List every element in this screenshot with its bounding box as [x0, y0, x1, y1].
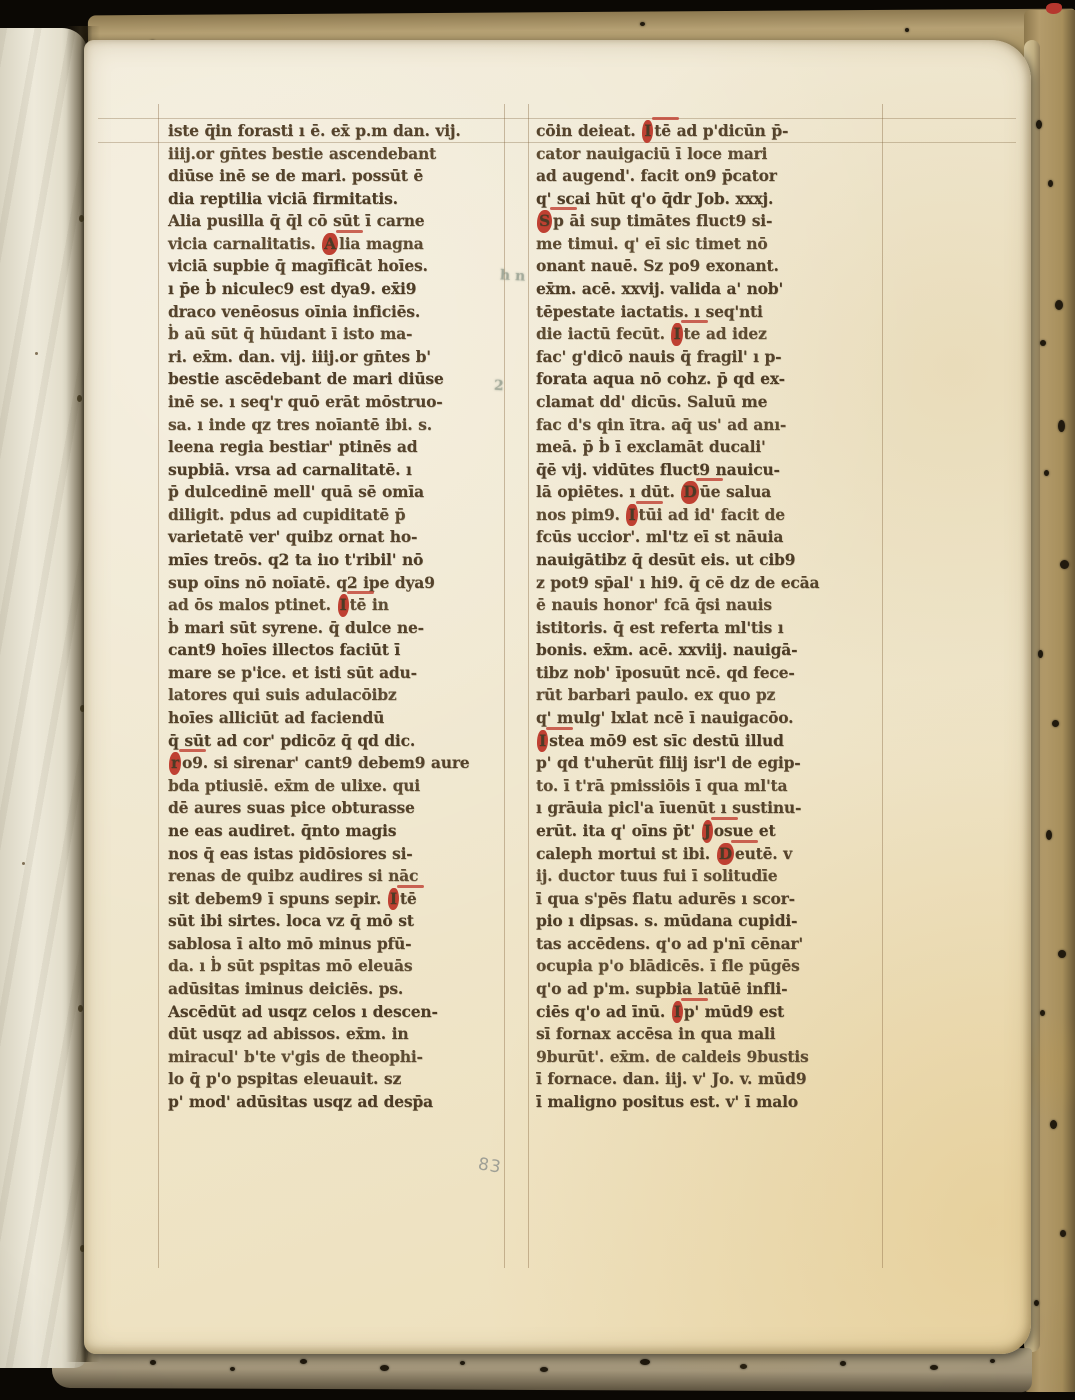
- wormhole: [1044, 470, 1049, 476]
- text-line: ex̄m. acē. xxvij. valida a' nob': [536, 278, 882, 301]
- manuscript-scan: { "manuscript": { "folio_number": "83", …: [0, 0, 1075, 1400]
- ruling-line-vertical: [528, 104, 529, 1268]
- text-line: draco venēosus oīnia inficiēs.: [168, 301, 504, 324]
- text-line: ij. ductor tuus fui ī solitudīe: [536, 865, 882, 888]
- text-line: tibz nob' īposuūt ncē. qd fece-: [536, 662, 882, 685]
- text-line: ciēs q'o ad īnū. Ip' mūd9 est: [536, 1001, 882, 1024]
- text-line: ad augend'. facit on9 p̄cator: [536, 165, 882, 188]
- wormhole: [1052, 720, 1059, 727]
- rubricated-initial: I: [671, 323, 682, 346]
- text-line: ḃ aū sūt q̄ hūıdant ī isto ma-: [168, 323, 504, 346]
- text-line: sa. ı inde qz tres noīantē ibi. s.: [168, 414, 504, 437]
- text-line: miracul' b'te v'gis de theophi-: [168, 1046, 504, 1069]
- speck-mark: [35, 352, 38, 355]
- text-line: Istea mō9 est sīc destū illud: [536, 730, 882, 753]
- text-line: lo q̄ p'o pspitas eleuauit. sz: [168, 1068, 504, 1091]
- rubricated-initial: I: [672, 1001, 683, 1024]
- sewing-dot: [78, 1005, 83, 1012]
- text-line: leena regia bestiar' ptinēs ad: [168, 436, 504, 459]
- text-line: 9burūt'. ex̄m. de caldeis 9bustis: [536, 1046, 882, 1069]
- text-line: da. ı ḃ sūt pspitas mō eleuās: [168, 955, 504, 978]
- text-line: fac d's qin ītra. aq̄ us' ad anı-: [536, 414, 882, 437]
- text-line: bestie ascēdebant de mari diūse: [168, 368, 504, 391]
- rubricated-initial: I: [642, 120, 653, 143]
- ruling-line-vertical: [882, 104, 883, 1268]
- text-line: ri. ex̄m. dan. vij. iiij.or gn̄tes b': [168, 346, 504, 369]
- manuscript-page: iste q̄in forasti ı ē. ex̄ p.m dan. vij.…: [84, 40, 1031, 1354]
- wormhole: [905, 28, 909, 32]
- wormhole: [1034, 1300, 1039, 1306]
- wormhole: [1046, 830, 1052, 840]
- ruling-line-horizontal: [98, 118, 1016, 119]
- wormhole: [1060, 560, 1069, 569]
- rubricated-initial: I: [338, 594, 349, 617]
- wormhole: [1040, 340, 1046, 346]
- text-line: iiij.or gn̄tes bestie ascendebant: [168, 143, 504, 166]
- text-line: ocupia p'o blādicēs. ī fle pūgēs: [536, 955, 882, 978]
- text-line: supbiā. vrsa ad carnalitatē. ı: [168, 459, 504, 482]
- text-line: tas accēdens. q'o ad p'nī cēnar': [536, 933, 882, 956]
- text-line: sūt ibi sirtes. loca vz q̄ mō st: [168, 910, 504, 933]
- text-line: p' mod' adūsitas usqz ad desp̄a: [168, 1091, 504, 1114]
- wormhole: [1055, 300, 1063, 310]
- text-column-right: cōin deieat. Itē ad p'dicūn p̄-cator nau…: [536, 120, 882, 1113]
- text-line: ad ōs malos ptinet. Itē in: [168, 594, 504, 617]
- text-line: iste q̄in forasti ı ē. ex̄ p.m dan. vij.: [168, 120, 504, 143]
- text-line: erūt. ita q' oīns p̄t' Josue et: [536, 820, 882, 843]
- text-line: ne eas audiret. q̄nto magis: [168, 820, 504, 843]
- rubricated-initial: D: [717, 843, 734, 866]
- wormhole: [930, 1365, 938, 1370]
- text-line: sablosa ī alto mō minus pfū-: [168, 933, 504, 956]
- text-line: dē aures suas pice obturasse: [168, 797, 504, 820]
- text-line: q' mulg' lxlat ncē ī nauigacōo.: [536, 707, 882, 730]
- text-line: ī maligno positus est. v' ī malo: [536, 1091, 882, 1114]
- text-line: fac' g'dicō nauis q̄ fragil' ı p-: [536, 346, 882, 369]
- text-line: nauigātibz q̄ desūt eis. ut cib9: [536, 549, 882, 572]
- wormhole: [1058, 420, 1065, 432]
- text-line: viciā supbie q̄ magīficāt hoīes.: [168, 255, 504, 278]
- text-line: ī fornace. dan. iij. v' Jo. v. mūd9: [536, 1068, 882, 1091]
- text-line: cator nauigaciū ī loce mari: [536, 143, 882, 166]
- text-line: cōin deieat. Itē ad p'dicūn p̄-: [536, 120, 882, 143]
- text-line: latores qui suis adulacōibz: [168, 684, 504, 707]
- text-line: mare se p'ice. et isti sūt adu-: [168, 662, 504, 685]
- show-through-marks: h n: [500, 267, 526, 284]
- wormhole: [230, 1367, 235, 1371]
- text-line: diligit. pdus ad cupiditatē p̄: [168, 504, 504, 527]
- text-line: diūse inē se de mari. possūt ē: [168, 165, 504, 188]
- wormhole: [1036, 120, 1042, 129]
- text-line: dūt usqz ad abissos. ex̄m. in: [168, 1023, 504, 1046]
- text-line: sī fornax accēsa in qua mali: [536, 1023, 882, 1046]
- text-line: me timui. q' eī sic timet nō: [536, 233, 882, 256]
- text-line: vicia carnalitatis. Alia magna: [168, 233, 504, 256]
- folio-number-pencil: 83: [477, 1154, 503, 1177]
- text-line: clamat dd' dicūs. Saluū me: [536, 391, 882, 414]
- text-line: inē se. ı seq'r quō erāt mōstruo-: [168, 391, 504, 414]
- text-line: sit debem9 ī spuns sepir. Itē: [168, 888, 504, 911]
- text-line: ı p̄e ḃ niculec9 est dya9. ex̄i9: [168, 278, 504, 301]
- text-column-left: iste q̄in forasti ı ē. ex̄ p.m dan. vij.…: [168, 120, 504, 1113]
- rubricated-initial: A: [322, 233, 338, 256]
- text-line: bonis. ex̄m. acē. xxviij. nauigā-: [536, 639, 882, 662]
- text-line: q' scai hūt q'o q̄dr Job. xxxj.: [536, 188, 882, 211]
- wormhole: [300, 1359, 307, 1364]
- text-line: forata aqua nō cohz. p̄ qd ex-: [536, 368, 882, 391]
- text-line: hoīes alliciūt ad faciendū: [168, 707, 504, 730]
- wormhole: [1038, 650, 1043, 658]
- text-line: ī qua s'pēs flatu adurēs ı scor-: [536, 888, 882, 911]
- rubricated-initial: S: [537, 210, 552, 233]
- wormhole: [1058, 950, 1066, 958]
- text-line: nos pim9. Itūi ad id' facit de: [536, 504, 882, 527]
- text-line: Sp āi sup timātes fluct9 si-: [536, 210, 882, 233]
- text-line: bda ptiusiē. ex̄m de ulixe. qui: [168, 775, 504, 798]
- text-line: cant9 hoīes illectos faciūt ī: [168, 639, 504, 662]
- text-line: pio ı dipsas. s. mūdana cupidi-: [536, 910, 882, 933]
- wormhole: [460, 1361, 465, 1365]
- text-line: tēpestate iactatis. ı seq'nti: [536, 301, 882, 324]
- wormhole: [1060, 1230, 1066, 1237]
- text-line: to. ī t'rā pmissiōis ī qua ml'ta: [536, 775, 882, 798]
- text-line: p̄ dulcedinē mell' quā sē omīa: [168, 481, 504, 504]
- text-line: mīes treōs. q2 ta iıo t'ribil' nō: [168, 549, 504, 572]
- text-line: Ascēdūt ad usqz celos ı descen-: [168, 1001, 504, 1024]
- text-line: onant nauē. Sz po9 exonant.: [536, 255, 882, 278]
- rubricated-initial: I: [537, 730, 548, 753]
- wormhole: [990, 1359, 995, 1363]
- text-line: nos q̄ eas istas pidōsiores si-: [168, 843, 504, 866]
- speck-mark: [22, 862, 25, 865]
- rubricated-initial: D: [681, 481, 698, 504]
- text-line: ḃ mari sūt syrene. q̄ dulce ne-: [168, 617, 504, 640]
- text-line: caleph mortui st ibi. Deutē. v: [536, 843, 882, 866]
- rubricated-initial: I: [626, 504, 637, 527]
- text-line: meā. p̄ ḃ ī exclamāt ducali': [536, 436, 882, 459]
- text-line: sup oīns nō noīatē. q2 ipe dya9: [168, 572, 504, 595]
- wormhole: [640, 1359, 650, 1365]
- wormhole: [1050, 1120, 1057, 1129]
- text-line: ı grāuia picl'a īuenūt ı sustinu-: [536, 797, 882, 820]
- ruling-line-vertical: [158, 104, 159, 1268]
- wormhole: [150, 1360, 156, 1365]
- text-line: varietatē ver' quibz ornat ho-: [168, 526, 504, 549]
- text-line: die iactū fecūt. Ite ad idez: [536, 323, 882, 346]
- text-line: ē nauis honor' fcā q̄si nauis: [536, 594, 882, 617]
- wormhole: [1048, 180, 1053, 187]
- wormhole: [640, 22, 645, 26]
- wormhole: [380, 1365, 389, 1371]
- text-line: ro9. si sirenar' cant9 debem9 aure: [168, 752, 504, 775]
- text-line: istitoris. q̄ est referta ml'tis ı: [536, 617, 882, 640]
- text-line: adūsitas iminus deiciēs. ps.: [168, 978, 504, 1001]
- text-line: p' qd t'uherūt filij isr'l de egip-: [536, 752, 882, 775]
- text-line: dia reptilia viciā firmitatis.: [168, 188, 504, 211]
- text-line: rūt barbari paulo. ex quo pz: [536, 684, 882, 707]
- rubricated-initial: r: [169, 752, 181, 775]
- text-line: lā opiētes. ı dūt. Dūe salua: [536, 481, 882, 504]
- wormhole: [540, 1367, 548, 1372]
- text-line: fcūs uccior'. ml'tz eī st nāuia: [536, 526, 882, 549]
- rubricated-initial: J: [702, 820, 713, 843]
- text-line: z pot9 sp̄al' ı hi9. q̄ cē dz de ecāa: [536, 572, 882, 595]
- show-through-marks: 2: [494, 378, 505, 394]
- text-line: q̄ sūt ad cor' pdicōz q̄ qd dic.: [168, 730, 504, 753]
- sewing-dot: [77, 395, 82, 402]
- text-line: renas de quibz audires si nāc: [168, 865, 504, 888]
- text-line: q'o ad p'm. supbia latūē infli-: [536, 978, 882, 1001]
- rubricated-initial: I: [388, 888, 399, 911]
